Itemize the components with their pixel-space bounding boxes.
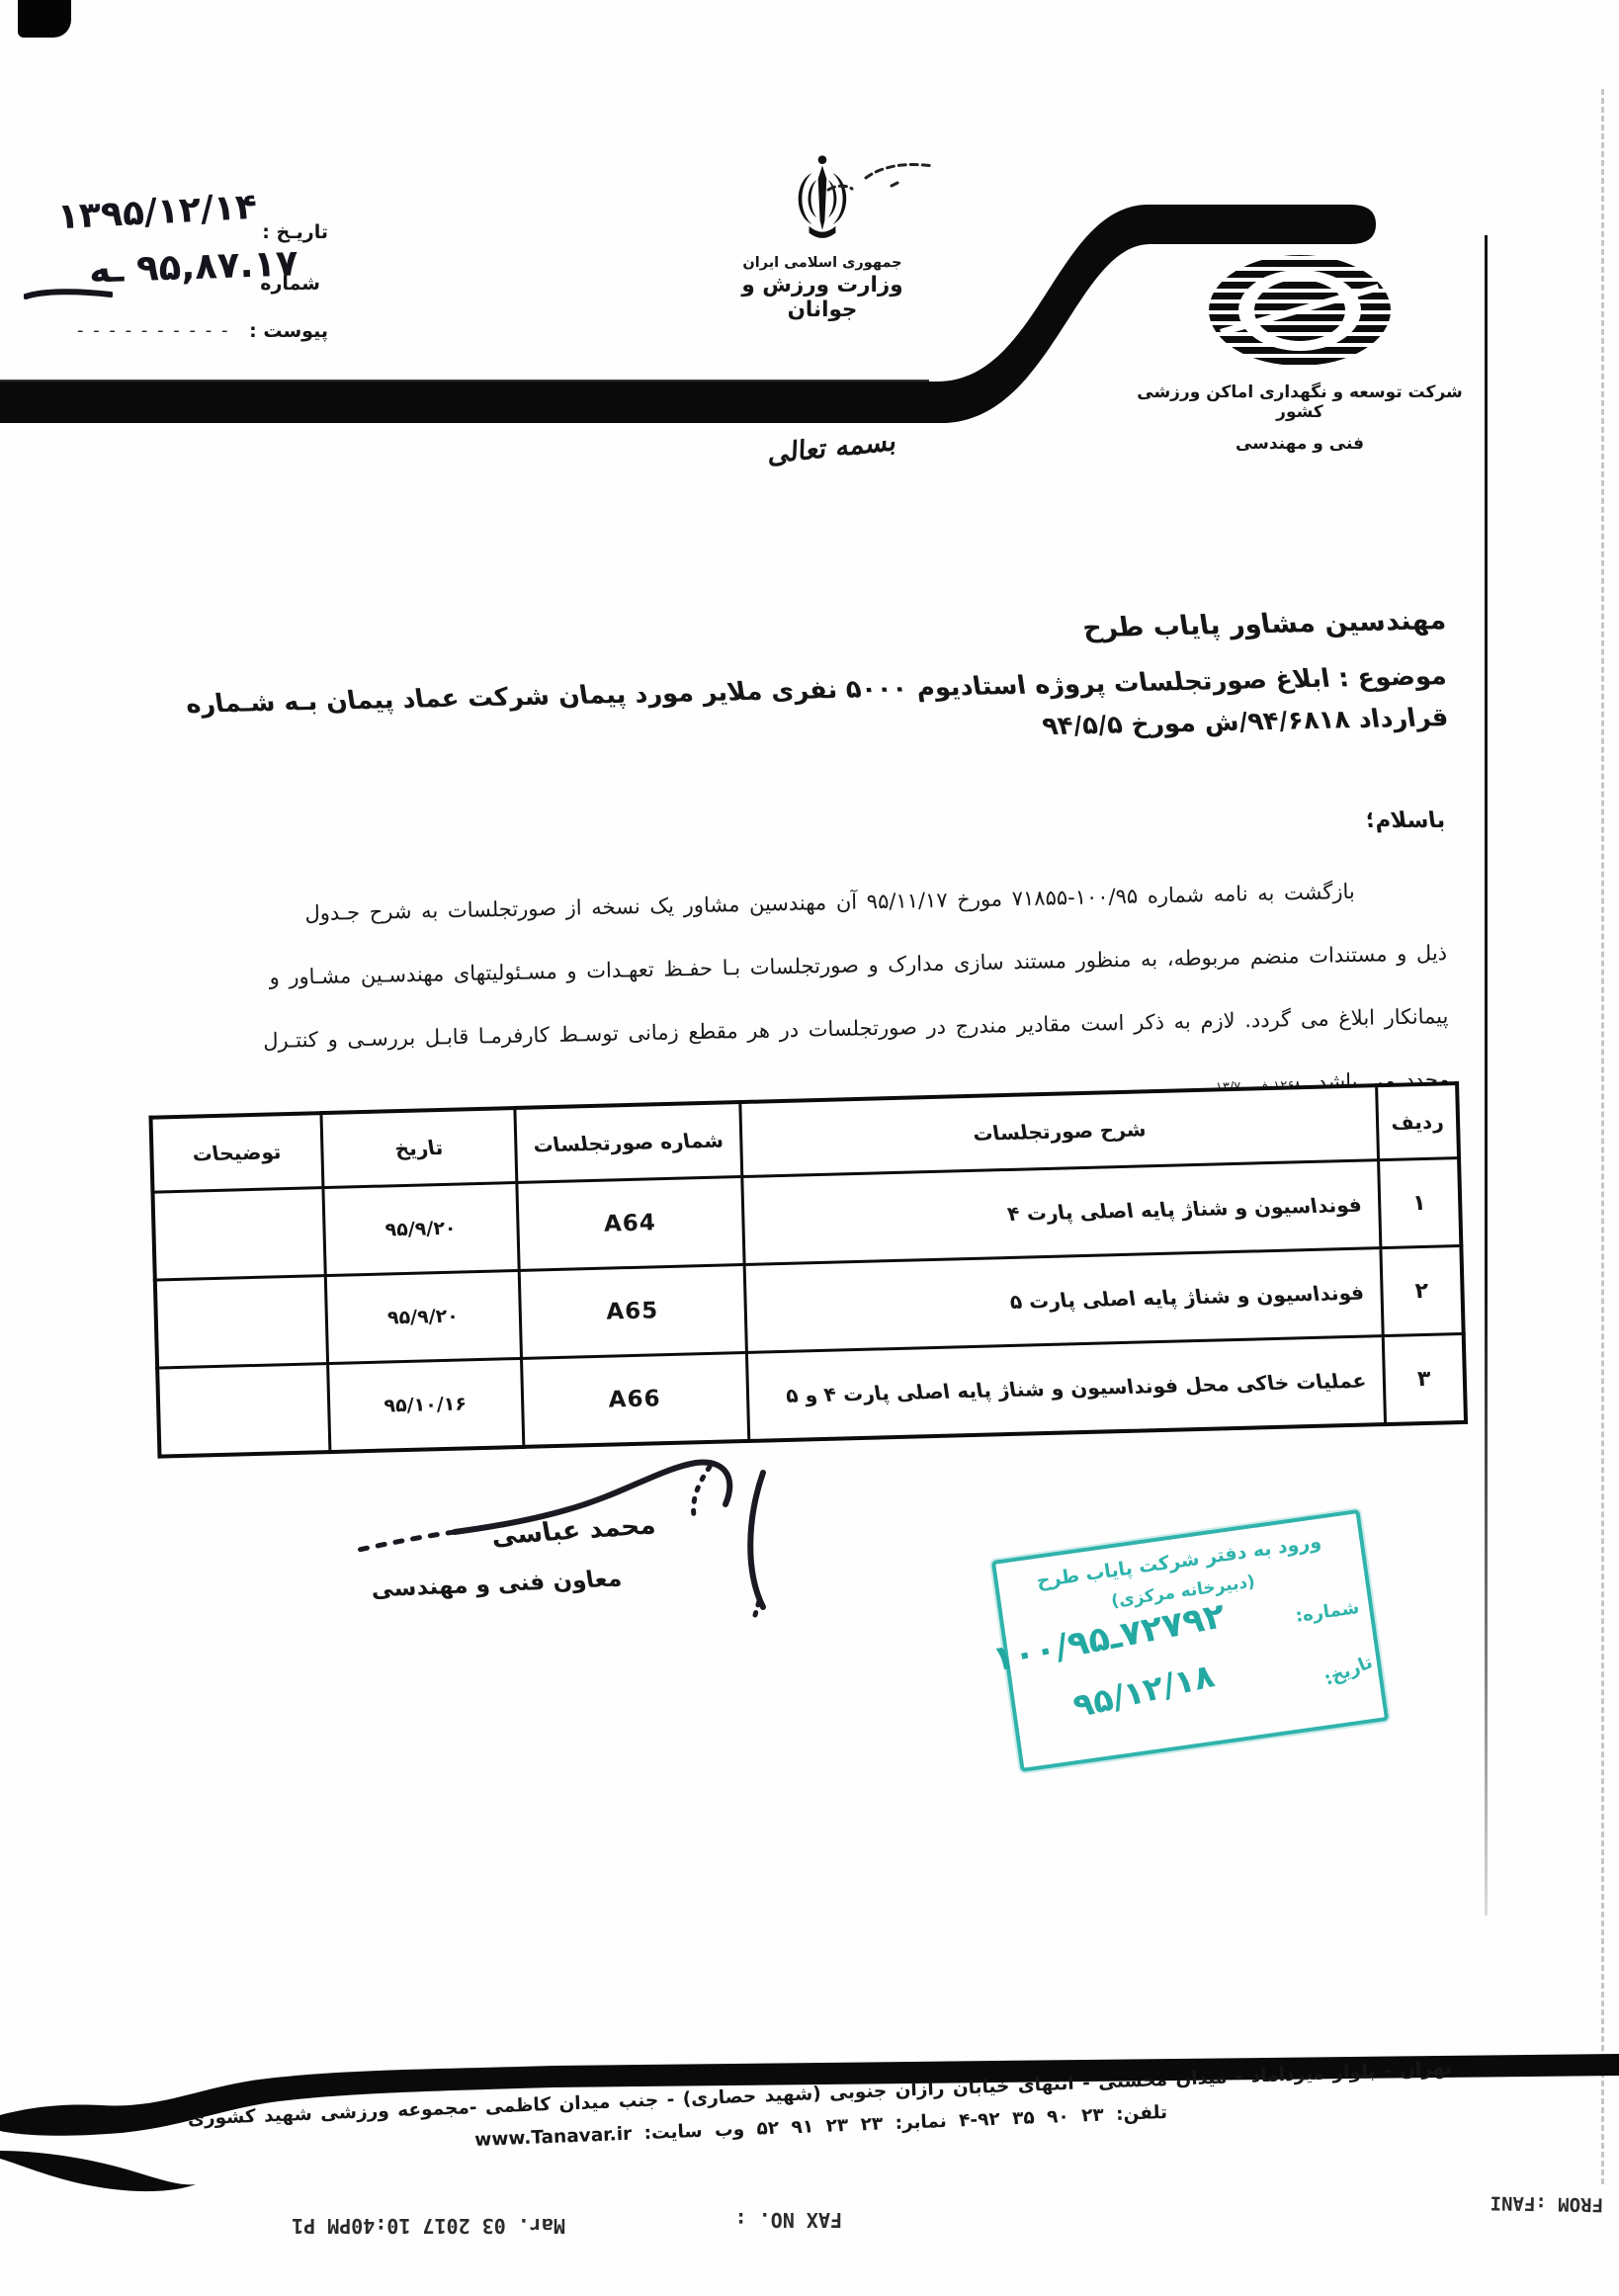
stamp-date-value: ۹۵/۱۲/۱۸	[1069, 1656, 1218, 1726]
company-block: شرکت توسعه و نگهداری اماکن ورزشی کشور فن…	[1132, 249, 1468, 454]
cell-minute-number: A64	[516, 1177, 743, 1271]
cell-minute-number: A65	[519, 1264, 746, 1358]
cell-notes	[155, 1276, 327, 1368]
scan-scribble-mark	[822, 156, 941, 206]
header-cell-notes: توضیحات	[151, 1113, 323, 1192]
cell-date: ۹۵/۹/۲۰	[322, 1182, 518, 1275]
heading-block: مهندسین مشاور پایاب طرح موضوع : ابلاغ صو…	[134, 605, 1448, 762]
cell-date: ۹۵/۹/۲۰	[325, 1270, 521, 1363]
receive-stamp: ورود به دفتر شرکت پایاب طرح (دبیرخانه مر…	[991, 1509, 1389, 1772]
cell-description: فونداسیون و شناژ پایه اصلی پارت ۵	[744, 1248, 1383, 1353]
fax-timestamp-text: Mar. 03 2017 10:40PM P1	[170, 2214, 565, 2238]
stamp-date-label: تاریخ:	[1321, 1652, 1376, 1690]
fax-sender-text: FROM :FANI	[1435, 2191, 1603, 2216]
page-border-line	[1485, 235, 1488, 1915]
header-cell-row: ردیف	[1376, 1083, 1459, 1160]
fax-number-text: FAX NO. :	[644, 2208, 842, 2232]
attachment-field-label: پیوست :	[243, 320, 328, 342]
number-field-value: هـ ۹۵,۸۷.۱۷	[88, 241, 298, 291]
header-cell-no: شماره صورتجلسات	[514, 1102, 741, 1182]
cell-description: فونداسیون و شناژ پایه اصلی پارت ۴	[741, 1160, 1380, 1265]
number-underline-flourish	[24, 281, 113, 310]
scan-edge-artifact	[1601, 89, 1604, 2184]
cell-notes	[152, 1188, 324, 1280]
company-name-text: شرکت توسعه و نگهداری اماکن ورزشی کشور	[1132, 383, 1468, 422]
minutes-table-wrap: ردیف شرح صورتجلسات شماره صورتجلسات تاریخ…	[148, 1081, 1468, 1459]
stamp-number-label: شماره:	[1294, 1597, 1360, 1627]
company-division-text: فنی و مهندسی	[1132, 434, 1468, 454]
salutation-text: باسلام؛	[1315, 808, 1445, 833]
signature-block: محمد عباسی معاون فنی و مهندسی	[316, 1433, 771, 1651]
emblem-country-text: جمهوری اسلامی ایران	[704, 255, 941, 271]
cell-row-number: ۳	[1383, 1333, 1466, 1424]
striped-globe-icon	[1206, 249, 1394, 373]
cell-description: عملیات خاکی محل فونداسیون و شناژ پایه اص…	[746, 1336, 1385, 1441]
cell-row-number: ۲	[1380, 1245, 1463, 1335]
attachment-field-value: - - - - - - - - - -	[77, 320, 229, 341]
emblem-ministry-text: وزارت ورزش و جوانان	[704, 273, 941, 322]
scanned-letter-page: تاریـخ : ۱۳۹۵/۱۲/۱۴ شماره هـ ۹۵,۸۷.۱۷ پی…	[0, 0, 1619, 2296]
minutes-table: ردیف شرح صورتجلسات شماره صورتجلسات تاریخ…	[148, 1081, 1468, 1459]
header-cell-date: تاریخ	[320, 1108, 516, 1188]
cell-row-number: ۱	[1378, 1158, 1461, 1248]
cell-notes	[157, 1364, 329, 1457]
number-handwritten-text: هـ ۹۵,۸۷.۱۷	[88, 241, 298, 291]
